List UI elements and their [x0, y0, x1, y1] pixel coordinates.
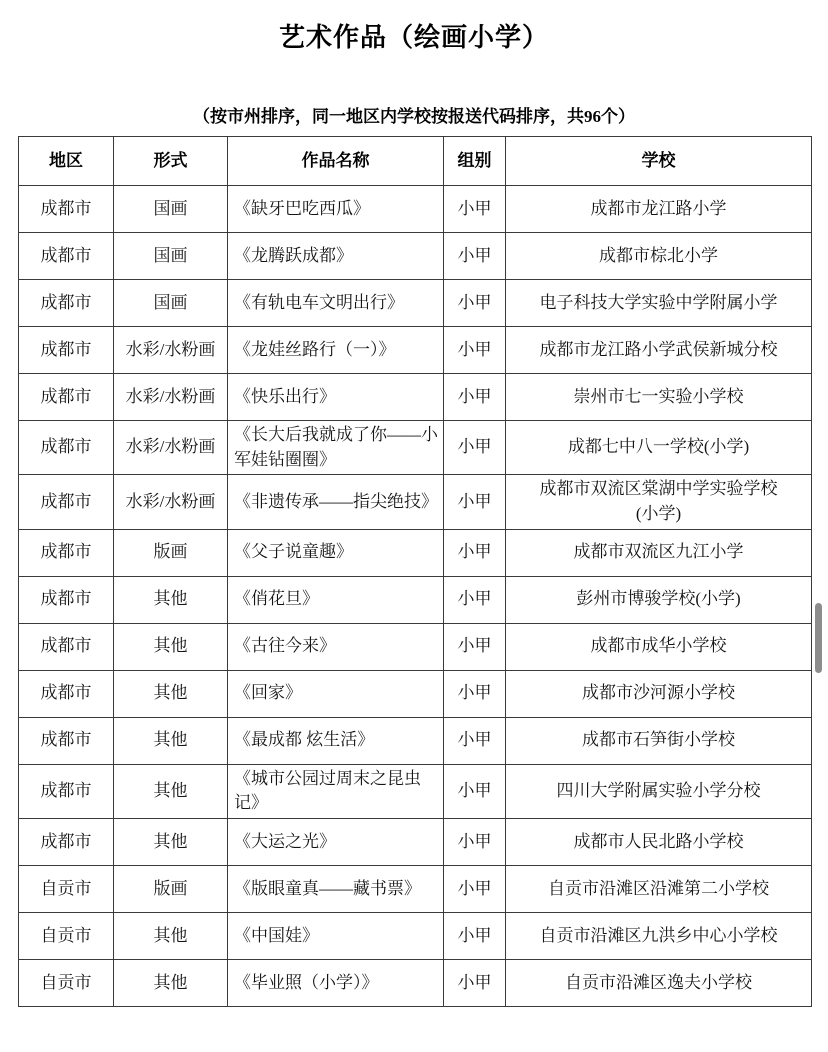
group-cell: 小甲	[444, 475, 506, 529]
work-title-cell: 《版眼童真——藏书票》	[228, 865, 444, 912]
form-cell: 水彩/水粉画	[114, 421, 228, 475]
work-title-cell: 《非遗传承——指尖绝技》	[228, 475, 444, 529]
group-cell: 小甲	[444, 529, 506, 576]
table-row: 成都市 其他 《回家》 小甲 成都市沙河源小学校	[19, 670, 812, 717]
table-row: 成都市 其他 《俏花旦》 小甲 彭州市博骏学校(小学)	[19, 576, 812, 623]
column-header-region: 地区	[19, 137, 114, 186]
page-subtitle: （按市州排序，同一地区内学校按报送代码排序，共96个）	[0, 54, 828, 127]
table-header-row: 地区 形式 作品名称 组别 学校	[19, 137, 812, 186]
form-cell: 水彩/水粉画	[114, 327, 228, 374]
group-cell: 小甲	[444, 818, 506, 865]
table-row: 成都市 国画 《有轨电车文明出行》 小甲 电子科技大学实验中学附属小学	[19, 280, 812, 327]
region-cell: 自贡市	[19, 959, 114, 1006]
work-title-cell: 《父子说童趣》	[228, 529, 444, 576]
group-cell: 小甲	[444, 959, 506, 1006]
group-cell: 小甲	[444, 865, 506, 912]
work-title-cell: 《城市公园过周末之昆虫记》	[228, 764, 444, 818]
school-cell: 四川大学附属实验小学分校	[506, 764, 812, 818]
table-row: 成都市 其他 《最成都 炫生活》 小甲 成都市石笋街小学校	[19, 717, 812, 764]
form-cell: 其他	[114, 912, 228, 959]
school-cell: 成都市龙江路小学武侯新城分校	[506, 327, 812, 374]
form-cell: 国画	[114, 233, 228, 280]
school-cell: 电子科技大学实验中学附属小学	[506, 280, 812, 327]
work-title-cell: 《回家》	[228, 670, 444, 717]
school-cell: 成都市成华小学校	[506, 623, 812, 670]
form-cell: 版画	[114, 865, 228, 912]
form-cell: 国画	[114, 186, 228, 233]
form-cell: 其他	[114, 717, 228, 764]
group-cell: 小甲	[444, 186, 506, 233]
region-cell: 自贡市	[19, 912, 114, 959]
work-title-cell: 《最成都 炫生活》	[228, 717, 444, 764]
work-title-cell: 《有轨电车文明出行》	[228, 280, 444, 327]
group-cell: 小甲	[444, 717, 506, 764]
school-cell: 自贡市沿滩区九洪乡中心小学校	[506, 912, 812, 959]
table-row: 成都市 版画 《父子说童趣》 小甲 成都市双流区九江小学	[19, 529, 812, 576]
form-cell: 其他	[114, 576, 228, 623]
table-row: 成都市 其他 《古往今来》 小甲 成都市成华小学校	[19, 623, 812, 670]
table-row: 成都市 水彩/水粉画 《龙娃丝路行（一）》 小甲 成都市龙江路小学武侯新城分校	[19, 327, 812, 374]
group-cell: 小甲	[444, 912, 506, 959]
school-cell: 成都市石笋街小学校	[506, 717, 812, 764]
group-cell: 小甲	[444, 233, 506, 280]
group-cell: 小甲	[444, 576, 506, 623]
column-header-group: 组别	[444, 137, 506, 186]
group-cell: 小甲	[444, 421, 506, 475]
work-title-cell: 《快乐出行》	[228, 374, 444, 421]
form-cell: 版画	[114, 529, 228, 576]
table-body: 成都市 国画 《缺牙巴吃西瓜》 小甲 成都市龙江路小学 成都市 国画 《龙腾跃成…	[19, 186, 812, 1007]
table-row: 成都市 其他 《城市公园过周末之昆虫记》 小甲 四川大学附属实验小学分校	[19, 764, 812, 818]
form-cell: 其他	[114, 764, 228, 818]
form-cell: 其他	[114, 959, 228, 1006]
region-cell: 成都市	[19, 623, 114, 670]
column-header-form: 形式	[114, 137, 228, 186]
group-cell: 小甲	[444, 280, 506, 327]
column-header-school: 学校	[506, 137, 812, 186]
region-cell: 成都市	[19, 421, 114, 475]
form-cell: 其他	[114, 623, 228, 670]
school-cell: 成都市龙江路小学	[506, 186, 812, 233]
group-cell: 小甲	[444, 374, 506, 421]
region-cell: 成都市	[19, 374, 114, 421]
table-row: 成都市 水彩/水粉画 《快乐出行》 小甲 崇州市七一实验小学校	[19, 374, 812, 421]
group-cell: 小甲	[444, 670, 506, 717]
work-title-cell: 《龙娃丝路行（一）》	[228, 327, 444, 374]
table-row: 成都市 其他 《大运之光》 小甲 成都市人民北路小学校	[19, 818, 812, 865]
school-cell: 自贡市沿滩区沿滩第二小学校	[506, 865, 812, 912]
region-cell: 成都市	[19, 233, 114, 280]
region-cell: 成都市	[19, 576, 114, 623]
table-row: 成都市 国画 《缺牙巴吃西瓜》 小甲 成都市龙江路小学	[19, 186, 812, 233]
region-cell: 成都市	[19, 717, 114, 764]
vertical-scrollbar-thumb[interactable]	[815, 603, 822, 673]
school-cell: 崇州市七一实验小学校	[506, 374, 812, 421]
region-cell: 成都市	[19, 327, 114, 374]
column-header-work-title: 作品名称	[228, 137, 444, 186]
table-row: 成都市 国画 《龙腾跃成都》 小甲 成都市棕北小学	[19, 233, 812, 280]
school-cell: 彭州市博骏学校(小学)	[506, 576, 812, 623]
school-cell: 成都市棕北小学	[506, 233, 812, 280]
region-cell: 成都市	[19, 670, 114, 717]
work-title-cell: 《中国娃》	[228, 912, 444, 959]
group-cell: 小甲	[444, 327, 506, 374]
region-cell: 成都市	[19, 764, 114, 818]
group-cell: 小甲	[444, 764, 506, 818]
region-cell: 成都市	[19, 529, 114, 576]
region-cell: 成都市	[19, 280, 114, 327]
region-cell: 自贡市	[19, 865, 114, 912]
page-title: 艺术作品（绘画小学）	[0, 0, 828, 54]
artworks-table: 地区 形式 作品名称 组别 学校 成都市 国画 《缺牙巴吃西瓜》 小甲 成都市龙…	[18, 136, 812, 1007]
school-cell: 成都市双流区棠湖中学实验学校(小学)	[506, 475, 812, 529]
form-cell: 其他	[114, 818, 228, 865]
work-title-cell: 《俏花旦》	[228, 576, 444, 623]
work-title-cell: 《龙腾跃成都》	[228, 233, 444, 280]
region-cell: 成都市	[19, 818, 114, 865]
form-cell: 其他	[114, 670, 228, 717]
work-title-cell: 《缺牙巴吃西瓜》	[228, 186, 444, 233]
work-title-cell: 《毕业照（小学）》	[228, 959, 444, 1006]
work-title-cell: 《大运之光》	[228, 818, 444, 865]
form-cell: 水彩/水粉画	[114, 374, 228, 421]
school-cell: 成都七中八一学校(小学)	[506, 421, 812, 475]
table-row: 成都市 水彩/水粉画 《长大后我就成了你——小军娃钻圈圈》 小甲 成都七中八一学…	[19, 421, 812, 475]
form-cell: 国画	[114, 280, 228, 327]
school-cell: 成都市人民北路小学校	[506, 818, 812, 865]
table-row: 自贡市 其他 《毕业照（小学）》 小甲 自贡市沿滩区逸夫小学校	[19, 959, 812, 1006]
form-cell: 水彩/水粉画	[114, 475, 228, 529]
school-cell: 成都市双流区九江小学	[506, 529, 812, 576]
school-cell: 成都市沙河源小学校	[506, 670, 812, 717]
school-cell: 自贡市沿滩区逸夫小学校	[506, 959, 812, 1006]
document-page: 艺术作品（绘画小学） （按市州排序，同一地区内学校按报送代码排序，共96个） 地…	[0, 0, 828, 1052]
region-cell: 成都市	[19, 475, 114, 529]
work-title-cell: 《古往今来》	[228, 623, 444, 670]
group-cell: 小甲	[444, 623, 506, 670]
table-row: 成都市 水彩/水粉画 《非遗传承——指尖绝技》 小甲 成都市双流区棠湖中学实验学…	[19, 475, 812, 529]
table-row: 自贡市 版画 《版眼童真——藏书票》 小甲 自贡市沿滩区沿滩第二小学校	[19, 865, 812, 912]
work-title-cell: 《长大后我就成了你——小军娃钻圈圈》	[228, 421, 444, 475]
table-row: 自贡市 其他 《中国娃》 小甲 自贡市沿滩区九洪乡中心小学校	[19, 912, 812, 959]
region-cell: 成都市	[19, 186, 114, 233]
